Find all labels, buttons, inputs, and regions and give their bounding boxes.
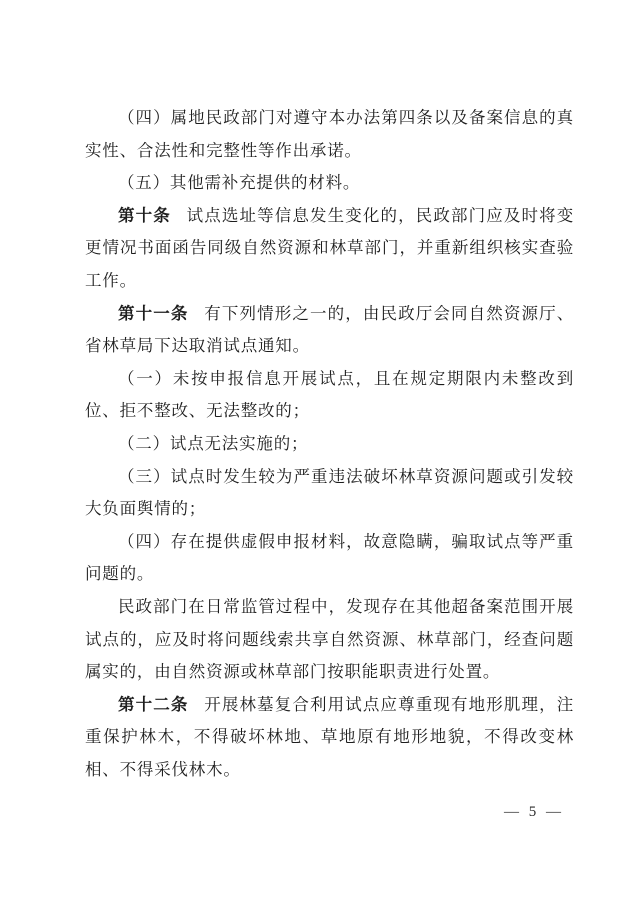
document-page: （四）属地民政部门对遵守本办法第四条以及备案信息的真实性、合法性和完整性等作出承… — [0, 0, 636, 900]
paragraph: 第十二条开展林墓复合利用试点应尊重现有地形肌理，注重保护林木，不得破坏林地、草地… — [85, 689, 574, 787]
paragraph: 第十条试点选址等信息发生变化的，民政部门应及时将变更情况书面函告同级自然资源和林… — [85, 200, 574, 298]
article-lead: 第十条 — [118, 206, 171, 225]
page-number: — 5 — — [504, 804, 564, 821]
paragraph: （四）存在提供虚假申报材料，故意隐瞒，骗取试点等严重问题的。 — [85, 526, 574, 591]
paragraph-text: （三）试点时发生较为严重违法破坏林草资源问题或引发较大负面舆情的； — [85, 467, 574, 519]
paragraph: 民政部门在日常监管过程中，发现存在其他超备案范围开展试点的，应及时将问题线索共享… — [85, 591, 574, 689]
paragraph: （三）试点时发生较为严重违法破坏林草资源问题或引发较大负面舆情的； — [85, 461, 574, 526]
paragraph: （四）属地民政部门对遵守本办法第四条以及备案信息的真实性、合法性和完整性等作出承… — [85, 102, 574, 167]
paragraph: （二）试点无法实施的； — [85, 428, 574, 461]
paragraph-text: （二）试点无法实施的； — [118, 434, 308, 453]
paragraph: 第十一条有下列情形之一的，由民政厅会同自然资源厅、省林草局下达取消试点通知。 — [85, 298, 574, 363]
paragraph-text: （四）属地民政部门对遵守本办法第四条以及备案信息的真实性、合法性和完整性等作出承… — [85, 108, 574, 160]
paragraph-text: （一）未按申报信息开展试点，且在规定期限内未整改到位、拒不整改、无法整改的； — [85, 369, 574, 421]
article-lead: 第十一条 — [118, 304, 189, 323]
document-body: （四）属地民政部门对遵守本办法第四条以及备案信息的真实性、合法性和完整性等作出承… — [85, 102, 574, 786]
paragraph-text: 民政部门在日常监管过程中，发现存在其他超备案范围开展试点的，应及时将问题线索共享… — [85, 597, 574, 681]
paragraph-text: （四）存在提供虚假申报材料，故意隐瞒，骗取试点等严重问题的。 — [85, 532, 574, 584]
paragraph-text: （五）其他需补充提供的材料。 — [118, 173, 360, 192]
paragraph: （五）其他需补充提供的材料。 — [85, 167, 574, 200]
article-lead: 第十二条 — [118, 695, 189, 714]
paragraph: （一）未按申报信息开展试点，且在规定期限内未整改到位、拒不整改、无法整改的； — [85, 363, 574, 428]
